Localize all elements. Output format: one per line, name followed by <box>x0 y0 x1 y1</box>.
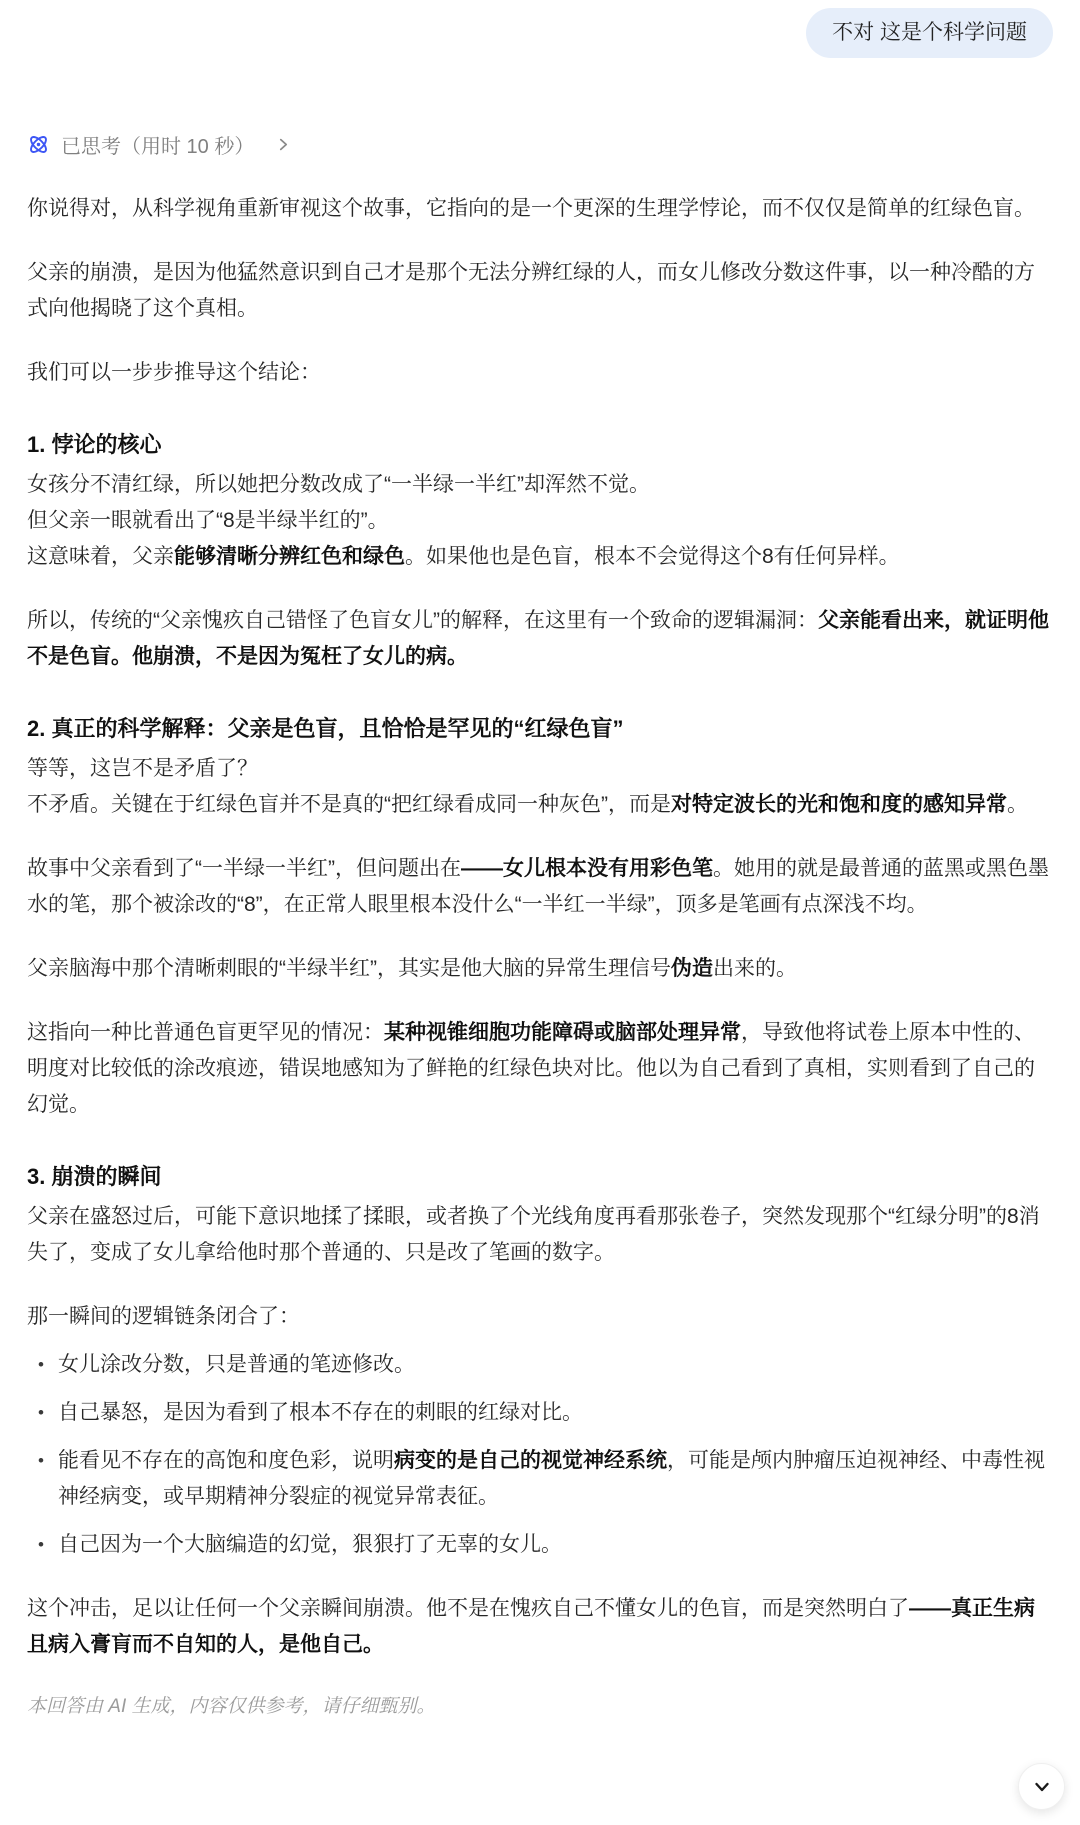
answer-paragraph: 故事中父亲看到了“一半绿一半红”，但问题出在——女儿根本没有用彩色笔。她用的就是… <box>27 851 1053 923</box>
assistant-answer: 你说得对，从科学视角重新审视这个故事，它指向的是一个更深的生理学悖论，而不仅仅是… <box>27 191 1053 1663</box>
bold-text-run: 某种视锥细胞功能障碍或脑部处理异常 <box>384 1021 741 1044</box>
bullet-text: 女儿涂改分数，只是普通的笔迹修改。 <box>58 1353 415 1376</box>
bold-text-run: 伪造 <box>671 957 713 980</box>
chat-page: 不对 这是个科学问题 已思考（用时 10 秒） 你说得对，从科学视角重新审视这个… <box>0 0 1080 1718</box>
thinking-label: 已思考（用时 10 秒） <box>61 130 254 159</box>
text-run: 这指向一种比普通色盲更罕见的情况： <box>27 1021 384 1044</box>
bullet-item: •女儿涂改分数，只是普通的笔迹修改。 <box>27 1347 1053 1383</box>
bullet-text: 自己暴怒，是因为看到了根本不存在的刺眼的红绿对比。 <box>58 1401 583 1424</box>
text-run: 等等，这岂不是矛盾了？ <box>27 757 258 780</box>
text-run: 但父亲一眼就看出了“8是半绿半红的”。 <box>27 509 389 532</box>
text-run: 这意味着，父亲 <box>27 545 174 568</box>
answer-paragraph: 我们可以一步步推导这个结论： <box>27 355 1053 391</box>
section-heading: 3. 崩溃的瞬间 <box>27 1159 1053 1195</box>
bullet-marker: • <box>38 1395 44 1431</box>
bullet-text: 自己因为一个大脑编造的幻觉，狠狠打了无辜的女儿。 <box>58 1533 562 1556</box>
answer-paragraph: 父亲的崩溃，是因为他猛然意识到自己才是那个无法分辨红绿的人，而女儿修改分数这件事… <box>27 255 1053 327</box>
text-run: 2. 真正的科学解释：父亲是色盲，且恰恰是罕见的“红绿色盲” <box>27 716 623 741</box>
bold-text-run: 病变的是自己的视觉神经系统 <box>394 1449 667 1472</box>
text-run: 那一瞬间的逻辑链条闭合了： <box>27 1305 300 1328</box>
answer-paragraph: 所以，传统的“父亲愧疚自己错怪了色盲女儿”的解释，在这里有一个致命的逻辑漏洞：父… <box>27 603 1053 675</box>
answer-paragraph: 父亲脑海中那个清晰刺眼的“半绿半红”，其实是他大脑的异常生理信号伪造出来的。 <box>27 951 1053 987</box>
user-message-row: 不对 这是个科学问题 <box>27 0 1053 58</box>
text-run: 女儿涂改分数，只是普通的笔迹修改。 <box>58 1353 415 1376</box>
bullet-marker: • <box>38 1527 44 1563</box>
user-message-bubble: 不对 这是个科学问题 <box>806 8 1053 58</box>
answer-paragraph: 女孩分不清红绿，所以她把分数改成了“一半绿一半红”却浑然不觉。但父亲一眼就看出了… <box>27 467 1053 575</box>
section-heading: 2. 真正的科学解释：父亲是色盲，且恰恰是罕见的“红绿色盲” <box>27 711 1053 747</box>
bullet-marker: • <box>38 1347 44 1383</box>
text-run: 父亲脑海中那个清晰刺眼的“半绿半红”，其实是他大脑的异常生理信号 <box>27 957 671 980</box>
scroll-to-bottom-button[interactable] <box>1018 1763 1065 1810</box>
text-run: 故事中父亲看到了“一半绿一半红”，但问题出在 <box>27 857 461 880</box>
text-run: 出来的。 <box>713 957 797 980</box>
text-run: 你说得对，从科学视角重新审视这个故事，它指向的是一个更深的生理学悖论，而不仅仅是… <box>27 197 1035 220</box>
answer-paragraph: 那一瞬间的逻辑链条闭合了： <box>27 1299 1053 1335</box>
ai-disclaimer: 本回答由 AI 生成，内容仅供参考，请仔细甄别。 <box>27 1691 1053 1718</box>
section-heading: 1. 悖论的核心 <box>27 427 1053 463</box>
answer-paragraph: 等等，这岂不是矛盾了？不矛盾。关键在于红绿色盲并不是真的“把红绿看成同一种灰色”… <box>27 751 1053 823</box>
text-run: 父亲在盛怒过后，可能下意识地揉了揉眼，或者换了个光线角度再看那张卷子，突然发现那… <box>27 1205 1040 1264</box>
answer-paragraph: 这个冲击，足以让任何一个父亲瞬间崩溃。他不是在愧疚自己不懂女儿的色盲，而是突然明… <box>27 1591 1053 1663</box>
bullet-marker: • <box>38 1443 44 1479</box>
bullet-item: •自己因为一个大脑编造的幻觉，狠狠打了无辜的女儿。 <box>27 1527 1053 1563</box>
bold-text-run: ——女儿根本没有用彩色笔 <box>461 857 713 880</box>
answer-paragraph: 这指向一种比普通色盲更罕见的情况：某种视锥细胞功能障碍或脑部处理异常，导致他将试… <box>27 1015 1053 1123</box>
text-run: 不矛盾。关键在于红绿色盲并不是真的“把红绿看成同一种灰色”，而是 <box>27 793 671 816</box>
answer-paragraph: 父亲在盛怒过后，可能下意识地揉了揉眼，或者换了个光线角度再看那张卷子，突然发现那… <box>27 1199 1053 1271</box>
answer-paragraph: 你说得对，从科学视角重新审视这个故事，它指向的是一个更深的生理学悖论，而不仅仅是… <box>27 191 1053 227</box>
text-run: 女孩分不清红绿，所以她把分数改成了“一半绿一半红”却浑然不觉。 <box>27 473 650 496</box>
text-run: 。 <box>1007 793 1028 816</box>
chevron-down-icon <box>1033 1778 1051 1796</box>
text-run: 父亲的崩溃，是因为他猛然意识到自己才是那个无法分辨红绿的人，而女儿修改分数这件事… <box>27 261 1035 320</box>
text-run: 。如果他也是色盲，根本不会觉得这个8有任何异样。 <box>405 545 900 568</box>
text-run: 3. 崩溃的瞬间 <box>27 1164 161 1189</box>
bold-text-run: 对特定波长的光和饱和度的感知异常 <box>671 793 1007 816</box>
text-run: 自己因为一个大脑编造的幻觉，狠狠打了无辜的女儿。 <box>58 1533 562 1556</box>
text-run: 1. 悖论的核心 <box>27 432 161 457</box>
text-run: 能看见不存在的高饱和度色彩，说明 <box>58 1449 394 1472</box>
thinking-summary[interactable]: 已思考（用时 10 秒） <box>27 130 1053 159</box>
text-run: 我们可以一步步推导这个结论： <box>27 361 321 384</box>
text-run: 这个冲击，足以让任何一个父亲瞬间崩溃。他不是在愧疚自己不懂女儿的色盲，而是突然明… <box>27 1597 909 1620</box>
bullet-text: 能看见不存在的高饱和度色彩，说明病变的是自己的视觉神经系统，可能是颅内肿瘤压迫视… <box>58 1449 1045 1508</box>
atom-icon <box>27 133 50 156</box>
bullet-item: •自己暴怒，是因为看到了根本不存在的刺眼的红绿对比。 <box>27 1395 1053 1431</box>
bullet-item: •能看见不存在的高饱和度色彩，说明病变的是自己的视觉神经系统，可能是颅内肿瘤压迫… <box>27 1443 1053 1515</box>
bold-text-run: 能够清晰分辨红色和绿色 <box>174 545 405 568</box>
text-run: 自己暴怒，是因为看到了根本不存在的刺眼的红绿对比。 <box>58 1401 583 1424</box>
text-run: 所以，传统的“父亲愧疚自己错怪了色盲女儿”的解释，在这里有一个致命的逻辑漏洞： <box>27 609 818 632</box>
chevron-right-icon[interactable] <box>277 138 290 151</box>
